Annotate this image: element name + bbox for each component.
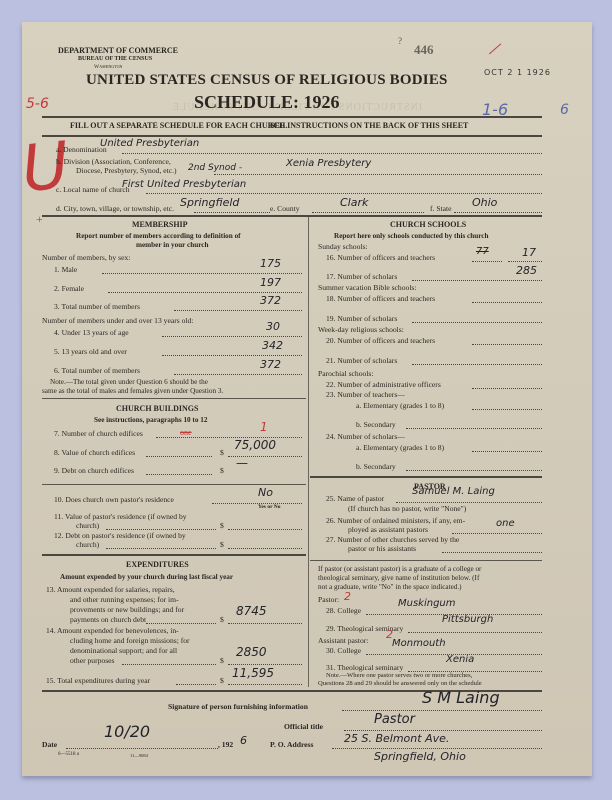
year-value[interactable]: 6 [240, 734, 247, 747]
division-value-2[interactable]: Xenia Presbytery [286, 158, 371, 169]
q23b-label: b. Secondary [356, 420, 396, 429]
male-label: 1. Male [54, 265, 77, 274]
q26-line [452, 533, 542, 534]
address-label: P. O. Address [270, 740, 313, 749]
city-field-label: d. City, town, village, or township, etc… [56, 204, 174, 213]
date-line [66, 748, 218, 749]
parochial-schools-label: Parochial schools: [318, 369, 373, 378]
q13-line-1: 13. Amount expended for salaries, repair… [46, 585, 175, 594]
bureau-label: BUREAU OF THE CENSUS [78, 56, 152, 62]
residence-debt-input[interactable] [228, 548, 302, 549]
q25-label: 25. Name of pastor [326, 494, 384, 503]
edifices-debt-line [146, 474, 212, 475]
expenditures-title: EXPENDITURES [126, 560, 189, 569]
pastor-rule [310, 560, 542, 561]
print-code: 11—9084 [130, 753, 148, 758]
schools-title: CHURCH SCHOOLS [390, 220, 466, 229]
owns-residence-value[interactable]: No [258, 486, 273, 499]
q16-label: 16. Number of officers and teachers [326, 253, 435, 262]
residence-debt-label-2: church) [76, 540, 99, 549]
q22-label: 22. Number of administrative officers [326, 380, 441, 389]
q24-label: 24. Number of scholars— [326, 432, 405, 441]
pastor-red-mark: 2 [344, 590, 351, 603]
q17-value[interactable]: 285 [516, 264, 537, 277]
membership-note-1: Note.—The total given under Question 6 s… [50, 378, 208, 386]
under-13-value[interactable]: 30 [266, 320, 280, 333]
pastor-sub-label: Pastor: [318, 595, 339, 604]
edifices-value-label: 8. Value of church edifices [54, 448, 135, 457]
census-form-sheet: INSTRUCTIONS FOR FILLING OUT SCHEDULE DE… [22, 22, 592, 776]
q24a-input[interactable] [472, 451, 542, 452]
residence-value-line [106, 529, 216, 530]
total-members-label: 3. Total number of members [54, 302, 140, 311]
buildings-subtitle: See instructions, paragraphs 10 to 12 [94, 416, 207, 424]
q20-input[interactable] [472, 344, 542, 345]
q27-label-2: pastor or his assistants [348, 544, 416, 553]
red-check-mark: / [486, 36, 504, 62]
signature-label: Signature of person furnishing informati… [168, 702, 308, 711]
female-line [108, 292, 302, 293]
q14-line-4: other purposes [70, 656, 115, 665]
instruction-left: FILL OUT A SEPARATE SCHEDULE FOR EACH CH… [70, 121, 287, 130]
section-rule [42, 215, 542, 217]
q15-amount-line [228, 684, 302, 685]
owns-residence-label: 10. Does church own pastor's residence [54, 495, 174, 504]
q31-label: 31. Theological seminary [326, 663, 403, 672]
state-label: f. State [430, 204, 452, 213]
q19-label: 19. Number of scholars [326, 314, 397, 323]
address-line-2[interactable]: Springfield, Ohio [374, 750, 466, 763]
handwritten-mark-right-extra: 6 [560, 102, 569, 118]
q16-struck: 77 [476, 246, 489, 257]
q15-dollar: $ [220, 676, 224, 685]
city-line [194, 212, 270, 213]
q14-line-3: denominational support; and for all [70, 646, 177, 655]
form-code: 6—5518 a [58, 752, 79, 757]
date-label: Date [42, 740, 57, 749]
q16-value[interactable]: 17 [522, 246, 536, 259]
residence-debt-label-1: 12. Debt on pastor's residence (if owned… [54, 531, 186, 540]
schools-rule [310, 476, 542, 478]
edifices-value-dollar: $ [220, 448, 224, 457]
buildings-title: CHURCH BUILDINGS [116, 404, 198, 413]
denomination-line [122, 153, 542, 154]
serial-number: 446 [414, 42, 434, 58]
pastor-note-1: Note.—Where one pastor serves two or mor… [326, 672, 472, 679]
denomination-value[interactable]: United Presbyterian [100, 138, 199, 149]
address-line-1[interactable]: 25 S. Belmont Ave. [344, 732, 449, 745]
q25-line [396, 502, 542, 503]
q13-amount[interactable]: 8745 [236, 604, 267, 618]
residence-value-label-1: 11. Value of pastor's residence (if owne… [54, 512, 187, 521]
q13-line-3: provements or new buildings; and for [70, 605, 184, 614]
q28-value[interactable]: Muskingum [398, 598, 456, 609]
q13-dots [146, 623, 216, 624]
q14-line-1: 14. Amount expended for benevolences, in… [46, 626, 179, 635]
over-13-label: 5. 13 years old and over [54, 347, 127, 356]
local-name-value[interactable]: First United Presbyterian [122, 179, 246, 190]
edifices-debt-dollar: $ [220, 466, 224, 475]
edifices-count-value[interactable]: 1 [260, 420, 268, 434]
under-13-label: 4. Under 13 years of age [54, 328, 129, 337]
yes-no-hint: Yes or No [258, 504, 281, 510]
q26-label-1: 26. Number of ordained ministers, if any… [326, 516, 465, 525]
buildings-rule [42, 484, 306, 485]
membership-title: MEMBERSHIP [132, 220, 188, 229]
q24b-input[interactable] [406, 470, 542, 471]
total-age-label: 6. Total number of members [54, 366, 140, 375]
q14-line-2: cluding home and foreign missions; for [70, 636, 190, 645]
q30-value[interactable]: Monmouth [392, 638, 446, 649]
edifices-value-amount[interactable]: 75,000 [234, 438, 276, 452]
q23b-input[interactable] [406, 428, 542, 429]
q15-label: 15. Total expenditures during year [46, 676, 150, 685]
q22-input[interactable] [472, 388, 542, 389]
schedule-title: SCHEDULE: 1926 [194, 92, 340, 113]
residence-value-label-2: church) [76, 521, 99, 530]
state-value[interactable]: Ohio [472, 196, 497, 209]
form-title: UNITED STATES CENSUS OF RELIGIOUS BODIES [86, 72, 448, 89]
signature-line [342, 710, 542, 711]
residence-value-input[interactable] [228, 529, 302, 530]
q31-value[interactable]: Xenia [446, 654, 474, 665]
weekday-schools-label: Week-day religious schools: [318, 325, 404, 334]
male-line [102, 273, 302, 274]
total-age-value[interactable]: 372 [260, 358, 281, 371]
under-13-line [162, 336, 302, 337]
membership-subtitle-1: Report number of members according to de… [76, 232, 241, 240]
total-members-value[interactable]: 372 [260, 294, 281, 307]
residence-rule [42, 554, 306, 556]
signature-value[interactable]: S M Laing [422, 688, 500, 707]
membership-subtitle-2: member in your church [136, 241, 208, 249]
q16-dots [472, 261, 502, 262]
q29-value[interactable]: Pittsburgh [442, 614, 493, 625]
q13-line-2: and other running expenses; for im- [70, 595, 179, 604]
q18-label: 18. Number of officers and teachers [326, 294, 435, 303]
instruction-right: SEE INSTRUCTIONS ON THE BACK OF THIS SHE… [270, 121, 468, 130]
over-13-line [162, 355, 302, 356]
q20-label: 20. Number of officers and teachers [326, 336, 435, 345]
pastor-name-value[interactable]: Samuel M. Laing [412, 486, 495, 497]
column-divider [308, 217, 309, 687]
division-label-2: Diocese, Presbytery, Synod, etc.) [76, 166, 177, 175]
city-label: Washington [94, 64, 122, 70]
official-title-label: Official title [284, 722, 323, 731]
male-value[interactable]: 175 [260, 257, 281, 270]
county-label: e. County [270, 204, 300, 213]
local-name-label: c. Local name of church [56, 185, 130, 194]
division-line [214, 174, 542, 175]
q14-dollar: $ [220, 656, 224, 665]
header-rule-top [42, 116, 542, 118]
pastor-note-2: Questions 28 and 29 should be answered o… [318, 680, 482, 687]
edifices-debt-amount[interactable]: — [236, 456, 248, 470]
official-title-value[interactable]: Pastor [374, 712, 415, 727]
membership-rule [42, 398, 306, 399]
female-label: 2. Female [54, 284, 84, 293]
county-line [312, 212, 424, 213]
q23-label: 23. Number of teachers— [326, 390, 405, 399]
q27-input[interactable] [442, 552, 542, 553]
address-line [332, 748, 542, 749]
q14-amount-line [228, 664, 302, 665]
q15-amount[interactable]: 11,595 [232, 666, 274, 680]
by-sex-label: Number of members, by sex: [42, 253, 130, 262]
q24b-label: b. Secondary [356, 462, 396, 471]
grad-note-3: not a graduate, write "No" in the space … [318, 583, 462, 591]
edifices-value-line [146, 456, 212, 457]
residence-debt-line [106, 548, 216, 549]
q16-amount-line [508, 261, 542, 262]
total-members-line [174, 310, 302, 311]
q13-line-4: payments on church debt [70, 615, 146, 624]
q24a-label: a. Elementary (grades 1 to 8) [356, 443, 444, 452]
q30-label: 30. College [326, 646, 361, 655]
division-value-1[interactable]: 2nd Synod - [188, 163, 242, 173]
q14-amount[interactable]: 2850 [236, 645, 267, 659]
q17-line [412, 280, 542, 281]
official-title-line [344, 730, 542, 731]
residence-debt-dollar: $ [220, 540, 224, 549]
q27-label-1: 27. Number of other churches served by t… [326, 535, 459, 544]
question-mark: ? [398, 36, 402, 46]
city-value[interactable]: Springfield [180, 196, 239, 209]
q15-dots [176, 684, 216, 685]
grad-note-1: If pastor (or assistant pastor) is a gra… [318, 565, 481, 573]
over-13-value[interactable]: 342 [262, 339, 283, 352]
received-date-stamp: OCT 2 1 1926 [484, 68, 551, 77]
summer-schools-label: Summer vacation Bible schools: [318, 283, 417, 292]
sunday-schools-label: Sunday schools: [318, 242, 368, 251]
local-name-line [146, 193, 542, 194]
q21-input[interactable] [412, 364, 542, 365]
female-value[interactable]: 197 [260, 276, 281, 289]
q13-amount-line [228, 623, 302, 624]
schools-subtitle: Report here only schools conducted by th… [334, 232, 488, 240]
assistant-pastor-label: Assistant pastor: [318, 636, 368, 645]
county-value[interactable]: Clark [340, 196, 368, 209]
q19-input[interactable] [412, 322, 542, 323]
q18-input[interactable] [472, 302, 542, 303]
q29-line [408, 632, 542, 633]
q28-label: 28. College [326, 606, 361, 615]
q26-value[interactable]: one [496, 518, 515, 529]
edifices-count-label: 7. Number of church edifices [54, 429, 143, 438]
q26-label-2: ployed as assistant pastors [348, 525, 428, 534]
q23a-input[interactable] [472, 409, 542, 410]
header-rule-bottom [42, 135, 542, 137]
year-prefix: , 192 [218, 740, 233, 749]
q21-label: 21. Number of scholars [326, 356, 397, 365]
edifices-count-line [156, 437, 302, 438]
date-value[interactable]: 10/20 [104, 722, 150, 741]
q23a-label: a. Elementary (grades 1 to 8) [356, 401, 444, 410]
handwritten-mark-left: 5-6 [26, 96, 49, 112]
division-label-1: b. Division (Association, Conference, [56, 157, 171, 166]
edifices-debt-label: 9. Debt on church edifices [54, 466, 134, 475]
edifices-count-struck: one [180, 428, 192, 437]
grad-note-2: theological seminary, give name of insti… [318, 574, 479, 582]
q17-label: 17. Number of scholars [326, 272, 397, 281]
owns-residence-line [212, 503, 302, 504]
q13-dollar: $ [220, 615, 224, 624]
department-label: DEPARTMENT OF COMMERCE [58, 46, 178, 55]
expenditures-subtitle: Amount expended by your church during la… [60, 573, 233, 581]
by-age-label: Number of members under and over 13 year… [42, 316, 193, 325]
q14-dots [122, 664, 216, 665]
total-age-line [174, 374, 302, 375]
residence-value-dollar: $ [220, 521, 224, 530]
membership-note-2: same as the total of males and females g… [42, 387, 223, 395]
q25-hint: (If church has no pastor, write "None") [348, 504, 466, 513]
state-line [454, 212, 542, 213]
